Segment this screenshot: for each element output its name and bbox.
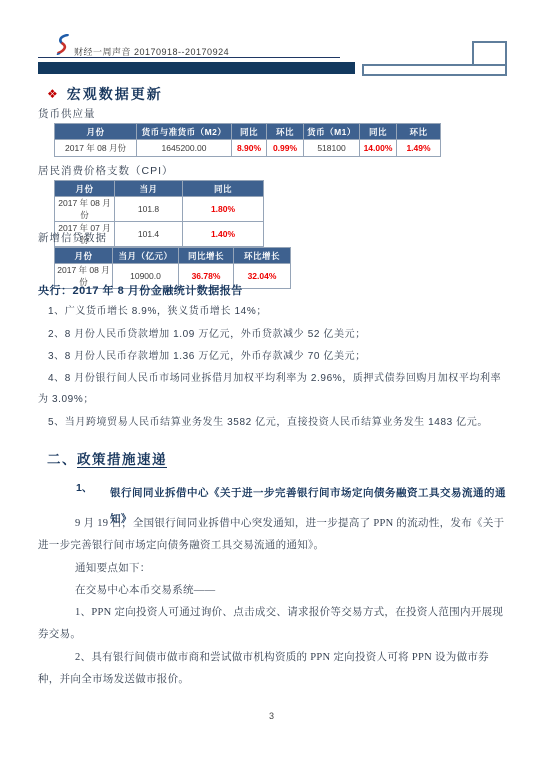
policy-paragraph-4: 1、PPN 定向投资人可通过询价、点击成交、请求报价等交易方式，在投资人范围内开… bbox=[38, 602, 506, 646]
policy-paragraph-3: 在交易中心本币交易系统—— bbox=[38, 580, 506, 602]
policy-paragraph-1: 9 月 19 日，全国银行间同业拆借中心突发通知，进一步提高了 PPN 的流动性… bbox=[38, 513, 506, 557]
new-credit-label: 新增信贷数据 bbox=[38, 230, 107, 245]
column-header: 月份 bbox=[55, 181, 115, 197]
cpi-label: 居民消费价格支数（CPI） bbox=[38, 163, 174, 178]
section-policy-title: 政策措施速递 bbox=[77, 452, 167, 467]
column-header: 月份 bbox=[55, 248, 113, 264]
column-header: 环比 bbox=[397, 124, 441, 140]
table-row: 2017 年 08 月份101.81.80% bbox=[55, 197, 264, 222]
table-header-row: 月份货币与准货币（M2）同比环比货币（M1）同比环比 bbox=[55, 124, 441, 140]
section-macro-title: 宏观数据更新 bbox=[67, 84, 163, 104]
macro-item-3: 3、8 月份人民币存款增加 1.36 万亿元，外币存款减少 70 亿美元； bbox=[38, 346, 510, 367]
policy-item-number: 1、 bbox=[76, 480, 92, 495]
column-header: 同比 bbox=[232, 124, 267, 140]
table-header-row: 月份当月（亿元）同比增长环比增长 bbox=[55, 248, 291, 264]
table-cell: 101.4 bbox=[115, 222, 183, 247]
macro-item-4: 4、8 月份银行间人民币市场同业拆借月加权平均利率为 2.96%，质押式债券回购… bbox=[38, 368, 510, 410]
table-cell: 2017 年 08 月份 bbox=[55, 140, 137, 157]
document-page: 财经一周声音 20170918--20170924 ❖ 宏观数据更新 货币供应量… bbox=[0, 0, 543, 768]
table-cell: 1645200.00 bbox=[137, 140, 232, 157]
page-number: 3 bbox=[0, 711, 543, 721]
macro-item-2: 2、8 月份人民币贷款增加 1.09 万亿元，外币贷款减少 52 亿美元； bbox=[38, 324, 510, 345]
table-row: 2017 年 08 月份1645200.008.90%0.99%51810014… bbox=[55, 140, 441, 157]
table-cell: 2017 年 08 月份 bbox=[55, 197, 115, 222]
table-header-row: 月份当月同比 bbox=[55, 181, 264, 197]
macro-item-1: 1、广义货币增长 8.9%，狭义货币增长 14%； bbox=[38, 301, 510, 322]
section-macro-heading: ❖ 宏观数据更新 bbox=[47, 84, 163, 104]
column-header: 环比 bbox=[267, 124, 304, 140]
money-supply-label: 货币供应量 bbox=[38, 106, 96, 121]
column-header: 月份 bbox=[55, 124, 137, 140]
table-cell: 1.80% bbox=[183, 197, 264, 222]
section-policy-number: 二、 bbox=[47, 452, 77, 467]
column-header: 环比增长 bbox=[234, 248, 291, 264]
table-cell: 101.8 bbox=[115, 197, 183, 222]
column-header: 当月（亿元） bbox=[113, 248, 179, 264]
diamond-bullet-icon: ❖ bbox=[47, 88, 58, 100]
table-cell: 14.00% bbox=[360, 140, 397, 157]
policy-paragraph-5: 2、具有银行间债市做市商和尝试做市机构资质的 PPN 定向投资人可将 PPN 设… bbox=[38, 647, 506, 691]
money-supply-table: 月份货币与准货币（M2）同比环比货币（M1）同比环比2017 年 08 月份16… bbox=[54, 123, 441, 157]
pboc-report-title: 央行：2017 年 8 月份金融统计数据报告 bbox=[38, 282, 243, 298]
table-cell: 518100 bbox=[304, 140, 360, 157]
header-decor-box-wide bbox=[362, 64, 507, 76]
table-cell: 0.99% bbox=[267, 140, 304, 157]
column-header: 同比 bbox=[183, 181, 264, 197]
macro-item-5: 5、当月跨境贸易人民币结算业务发生 3582 亿元，直接投资人民币结算业务发生 … bbox=[38, 412, 510, 433]
brand-logo-icon bbox=[54, 34, 70, 55]
column-header: 同比 bbox=[360, 124, 397, 140]
table-cell: 1.40% bbox=[183, 222, 264, 247]
column-header: 货币与准货币（M2） bbox=[137, 124, 232, 140]
header-rule bbox=[38, 57, 340, 58]
table-cell: 8.90% bbox=[232, 140, 267, 157]
column-header: 当月 bbox=[115, 181, 183, 197]
header-navy-bar bbox=[38, 62, 355, 74]
column-header: 货币（M1） bbox=[304, 124, 360, 140]
section-policy-heading: 二、政策措施速递 bbox=[47, 448, 167, 468]
policy-paragraph-2: 通知要点如下： bbox=[38, 558, 506, 580]
table-cell: 1.49% bbox=[397, 140, 441, 157]
column-header: 同比增长 bbox=[179, 248, 234, 264]
